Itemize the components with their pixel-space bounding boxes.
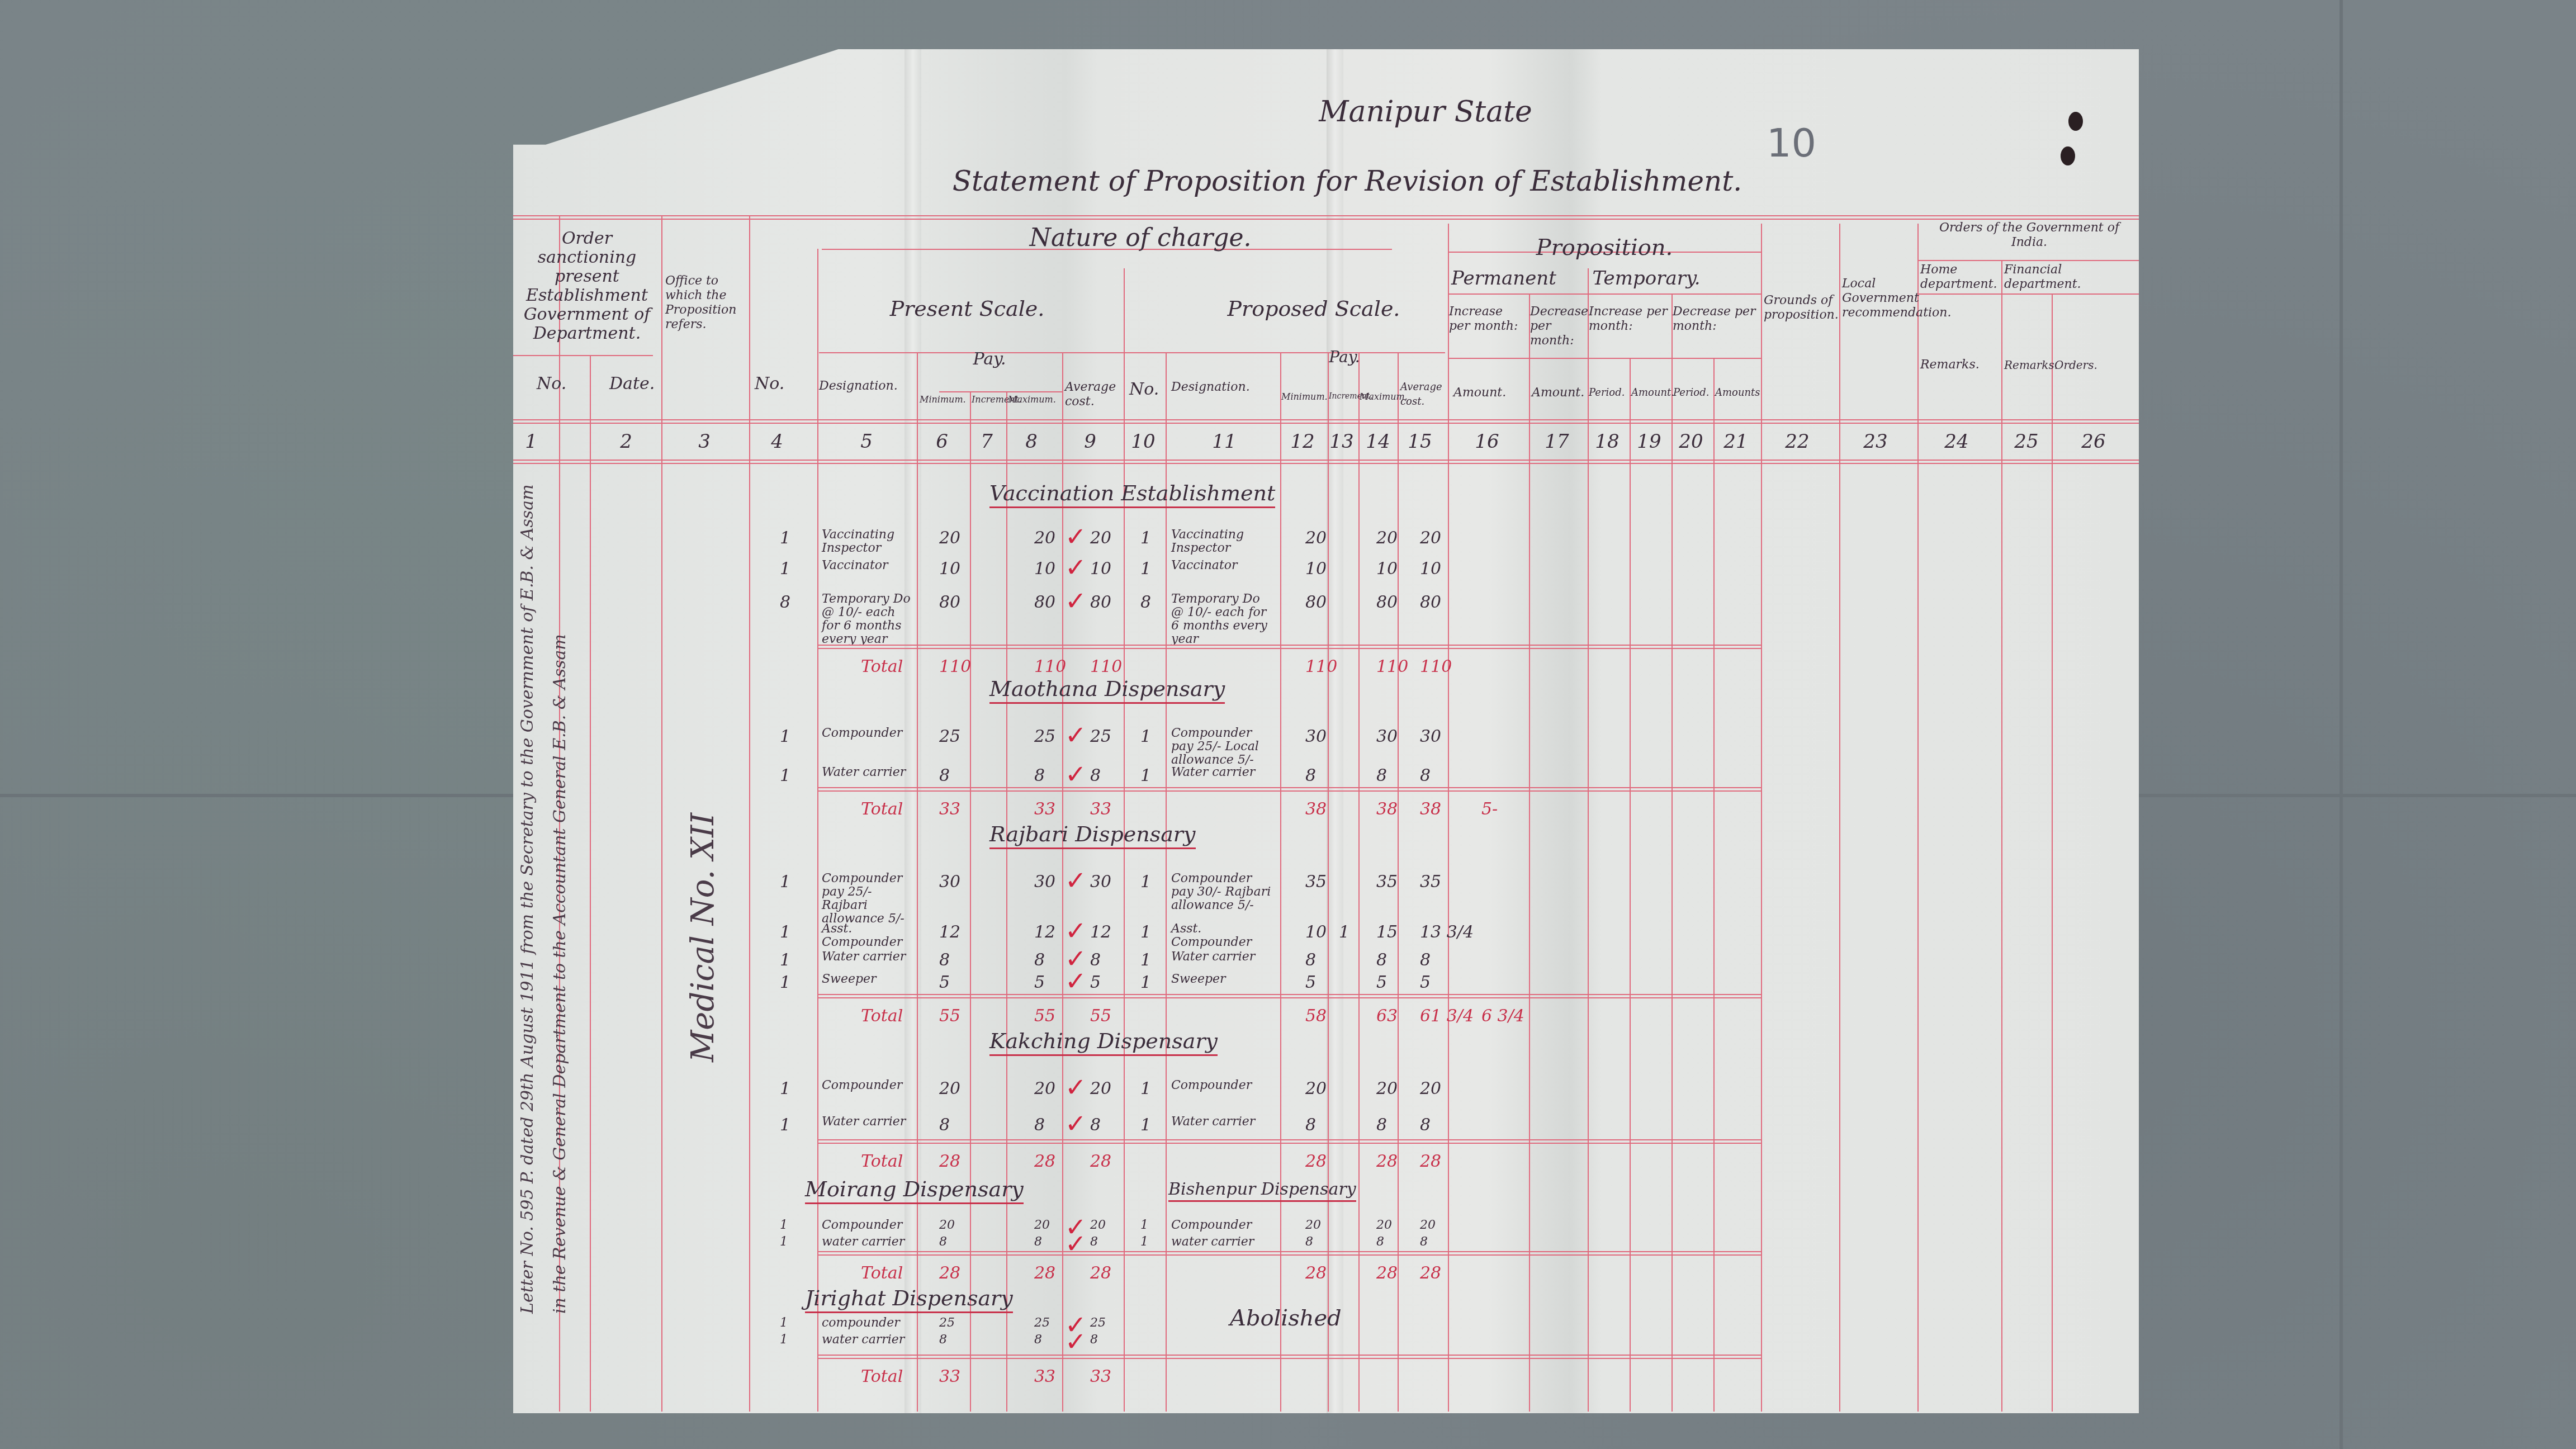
- entry-count: 1: [780, 528, 790, 548]
- entry-average-cost: 12: [1090, 922, 1111, 942]
- total-average-cost: 33: [1090, 799, 1111, 819]
- proposed-designation: water carrier: [1171, 1235, 1272, 1249]
- rule-order-sub: [513, 355, 653, 356]
- total-label: Total: [861, 657, 903, 676]
- proposed-minimum: 20: [1305, 1079, 1327, 1098]
- col-rule: [661, 215, 662, 1412]
- rule-header-bottom: [513, 419, 2139, 424]
- column-number-1: 1: [525, 430, 537, 453]
- entry-count: 1: [780, 1317, 788, 1330]
- proposed-average-cost: 35: [1420, 872, 1441, 892]
- col-rule: [970, 391, 971, 1412]
- col-label-minimum: Minimum.: [920, 394, 970, 405]
- total-average-cost: 28: [1090, 1263, 1111, 1283]
- proposed-designation: Water carrier: [1171, 766, 1272, 779]
- section-heading: Kakching Dispensary: [989, 1029, 1218, 1056]
- section-heading: Rajbari Dispensary: [989, 822, 1196, 849]
- col-label-designation-2: Designation.: [1171, 380, 1250, 395]
- proposed-designation: Compounder pay 25/- Local allowance 5/-: [1171, 727, 1272, 767]
- rule-colnums-bottom: [513, 460, 2139, 464]
- entry-maximum: 8: [1034, 1333, 1042, 1347]
- section-heading: Maothana Dispensary: [989, 676, 1225, 704]
- total-label: Total: [861, 1152, 903, 1171]
- total-increase-per-month: 5-: [1481, 799, 1498, 819]
- col-rule: [590, 355, 591, 1412]
- total-label: Total: [861, 1367, 903, 1386]
- total-minimum: 28: [939, 1263, 960, 1283]
- proposed-designation: Asst. Compounder: [1171, 922, 1272, 949]
- total-proposed-maximum: 38: [1376, 799, 1398, 819]
- header-proposed-pay: Pay.: [1329, 348, 1360, 366]
- column-number-24: 24: [1944, 430, 1968, 453]
- total-proposed-average-cost: 28: [1420, 1263, 1441, 1283]
- header-present-pay: Pay.: [973, 349, 1006, 369]
- col-label-period-20: Period.: [1673, 386, 1709, 400]
- entry-average-cost: 8: [1090, 1115, 1101, 1135]
- header-permanent: Permanent: [1451, 267, 1556, 290]
- entry-count: 1: [780, 950, 790, 970]
- proposed-count: 1: [1140, 528, 1151, 548]
- total-maximum: 55: [1034, 1006, 1055, 1026]
- entry-designation: Compounder: [822, 1079, 914, 1092]
- entry-maximum: 25: [1034, 727, 1055, 746]
- header-proposed-scale: Proposed Scale.: [1228, 296, 1400, 321]
- entry-minimum: 5: [939, 973, 950, 992]
- rule-depts: [1917, 293, 2139, 295]
- proposed-count: 1: [1140, 973, 1151, 992]
- total-proposed-minimum: 58: [1305, 1006, 1327, 1026]
- total-proposed-maximum: 28: [1376, 1263, 1398, 1283]
- header-present-scale: Present Scale.: [890, 296, 1045, 321]
- punch-hole: [2061, 146, 2075, 165]
- header-proposition: Proposition.: [1536, 235, 1673, 261]
- proposed-minimum: 8: [1305, 766, 1316, 785]
- document-title: Statement of Proposition for Revision of…: [953, 165, 1742, 197]
- entry-maximum: 8: [1034, 766, 1045, 785]
- entry-minimum: 10: [939, 559, 960, 579]
- proposed-minimum: 35: [1305, 872, 1327, 892]
- column-number-21: 21: [1723, 430, 1748, 453]
- entry-designation: Sweeper: [822, 973, 914, 986]
- entry-count: 1: [780, 559, 790, 579]
- column-number-19: 19: [1637, 430, 1661, 453]
- proposed-maximum: 30: [1376, 727, 1398, 746]
- column-number-14: 14: [1366, 430, 1390, 453]
- proposed-count: 1: [1140, 766, 1151, 785]
- entry-count: 1: [780, 872, 790, 892]
- tile-grout: [2340, 0, 2343, 1449]
- proposed-designation: Vaccinating Inspector: [1171, 528, 1272, 555]
- proposed-designation: Temporary Do @ 10/- each for 6 months ev…: [1171, 593, 1272, 646]
- entry-maximum: 8: [1034, 1115, 1045, 1135]
- total-maximum: 28: [1034, 1152, 1055, 1171]
- col-rule: [1917, 224, 1919, 1412]
- column-number-6: 6: [936, 430, 948, 453]
- entry-count: 8: [780, 593, 790, 612]
- rule-orders: [1917, 260, 2139, 261]
- paper-fold: [1327, 49, 1343, 1413]
- proposed-average-cost: 10: [1420, 559, 1441, 579]
- column-number-8: 8: [1025, 430, 1038, 453]
- proposed-average-cost: 20: [1420, 1219, 1436, 1232]
- total-minimum: 28: [939, 1152, 960, 1171]
- header-financial-dept: Financial department.: [2004, 263, 2135, 292]
- proposed-count: 1: [1140, 1115, 1151, 1135]
- header-home-dept: Home department.: [1920, 263, 1999, 292]
- entry-designation: Temporary Do @ 10/- each for 6 months ev…: [822, 593, 914, 646]
- total-minimum: 110: [939, 657, 971, 676]
- header-perm-increase: Increase per month:: [1449, 305, 1527, 334]
- column-number-10: 10: [1131, 430, 1155, 453]
- total-average-cost: 28: [1090, 1152, 1111, 1171]
- entry-average-cost: 20: [1090, 1219, 1106, 1232]
- column-number-7: 7: [981, 430, 993, 453]
- proposed-minimum: 5: [1305, 973, 1316, 992]
- entry-minimum: 20: [939, 1219, 955, 1232]
- proposed-designation: Compounder: [1171, 1219, 1272, 1232]
- col-label-maximum-2: Maximum.: [1360, 391, 1396, 402]
- column-number-12: 12: [1290, 430, 1314, 453]
- total-average-cost: 33: [1090, 1367, 1111, 1386]
- proposed-maximum: 20: [1376, 1219, 1392, 1232]
- total-proposed-minimum: 38: [1305, 799, 1327, 819]
- tile-grout: [2139, 794, 2576, 797]
- proposed-count: 1: [1140, 872, 1151, 892]
- entry-minimum: 20: [939, 1079, 960, 1098]
- col-label-maximum: Maximum.: [1008, 394, 1061, 405]
- col-rule: [749, 215, 750, 1412]
- col-rule: [2001, 260, 2002, 1412]
- col-label-minimum-2: Minimum.: [1281, 391, 1326, 402]
- entry-count: 1: [780, 727, 790, 746]
- col-label-amounts-21: Amounts: [1715, 386, 1760, 400]
- proposed-count: 1: [1140, 1079, 1151, 1098]
- proposed-designation: Water carrier: [1171, 1115, 1272, 1129]
- column-number-9: 9: [1084, 430, 1096, 453]
- state-title: Manipur State: [1319, 95, 1532, 129]
- order-reference-note: Letter No. 595 P. dated 29th August 1911…: [512, 475, 576, 1314]
- col-rule: [1006, 391, 1007, 1412]
- page-number: 10: [1767, 120, 1816, 166]
- entry-designation: Vaccinating Inspector: [822, 528, 914, 555]
- total-maximum: 28: [1034, 1263, 1055, 1283]
- proposed-average-cost: 13 3/4: [1420, 922, 1474, 942]
- entry-designation: water carrier: [822, 1333, 914, 1347]
- proposed-designation: Sweeper: [1171, 973, 1272, 986]
- total-proposed-maximum: 28: [1376, 1152, 1398, 1171]
- col-label-remarks-25: Remarks.: [2004, 358, 2058, 372]
- entry-minimum: 8: [939, 1235, 947, 1249]
- proposed-average-cost: 20: [1420, 528, 1441, 548]
- entry-minimum: 12: [939, 922, 960, 942]
- entry-count: 1: [780, 1079, 790, 1098]
- total-maximum: 33: [1034, 799, 1055, 819]
- total-proposed-maximum: 63: [1376, 1006, 1398, 1026]
- proposed-maximum: 15: [1376, 922, 1398, 942]
- total-proposed-maximum: 110: [1376, 657, 1408, 676]
- column-number-2: 2: [620, 430, 632, 453]
- entry-maximum: 12: [1034, 922, 1055, 942]
- entry-designation: Compounder: [822, 1219, 914, 1232]
- proposed-average-cost: 30: [1420, 727, 1441, 746]
- proposed-minimum: 10: [1305, 559, 1327, 579]
- entry-minimum: 30: [939, 872, 960, 892]
- col-label-no-2: No.: [755, 375, 784, 394]
- col-label-remarks-24: Remarks.: [1920, 358, 1980, 372]
- column-number-22: 22: [1785, 430, 1809, 453]
- entry-maximum: 20: [1034, 528, 1055, 548]
- proposed-count: 1: [1140, 727, 1151, 746]
- col-label-orders-26: Orders.: [2054, 358, 2097, 372]
- entry-average-cost: 8: [1090, 950, 1101, 970]
- proposed-count: 1: [1140, 950, 1151, 970]
- proposed-minimum: 30: [1305, 727, 1327, 746]
- entry-minimum: 80: [939, 593, 960, 612]
- entry-average-cost: 8: [1090, 1235, 1098, 1249]
- entry-minimum: 25: [939, 727, 960, 746]
- col-label-increment: Increment.: [972, 394, 1005, 405]
- entry-designation: Vaccinator: [822, 559, 914, 572]
- entry-maximum: 10: [1034, 559, 1055, 579]
- col-label-no: No.: [537, 375, 566, 394]
- proposed-maximum: 5: [1376, 973, 1387, 992]
- total-proposed-minimum: 110: [1305, 657, 1337, 676]
- proposed-designation: Compounder pay 30/- Rajbari allowance 5/…: [1171, 872, 1272, 912]
- check-mark-icon: ✓: [1065, 522, 1087, 552]
- proposed-maximum: 8: [1376, 950, 1387, 970]
- col-rule: [1839, 224, 1840, 1412]
- entry-count: 1: [780, 973, 790, 992]
- entry-designation: compounder: [822, 1317, 914, 1330]
- entry-count: 1: [780, 922, 790, 942]
- total-proposed-average-cost: 38: [1420, 799, 1441, 819]
- proposed-maximum: 35: [1376, 872, 1398, 892]
- proposed-average-cost: 8: [1420, 1115, 1431, 1135]
- header-temp-increase: Increase per month:: [1589, 305, 1670, 334]
- proposed-maximum: 8: [1376, 766, 1387, 785]
- entry-designation: Compounder: [822, 727, 914, 740]
- entry-minimum: 8: [939, 766, 950, 785]
- entry-average-cost: 25: [1090, 1317, 1106, 1330]
- column-number-15: 15: [1408, 430, 1432, 453]
- header-perm-decrease: Decrease per month:: [1530, 305, 1586, 348]
- header-orders-goi: Orders of the Government of India.: [1920, 221, 2138, 250]
- total-rule: [817, 787, 1761, 792]
- entry-minimum: 25: [939, 1317, 955, 1330]
- header-temp-decrease: Decrease per month:: [1673, 305, 1756, 334]
- entry-average-cost: 25: [1090, 727, 1111, 746]
- total-proposed-minimum: 28: [1305, 1152, 1327, 1171]
- entry-minimum: 20: [939, 528, 960, 548]
- check-mark-icon: ✓: [1065, 720, 1087, 750]
- entry-average-cost: 30: [1090, 872, 1111, 892]
- proposed-maximum: 80: [1376, 593, 1398, 612]
- proposed-minimum: 8: [1305, 1115, 1316, 1135]
- total-rule: [817, 1355, 1761, 1359]
- proposed-minimum: 8: [1305, 1235, 1313, 1249]
- rule-perm-temp: [1448, 293, 1761, 295]
- tile-grout: [0, 794, 513, 797]
- check-mark-icon: ✓: [1065, 966, 1087, 996]
- check-mark-icon: ✓: [1065, 552, 1087, 583]
- entry-designation: Compounder pay 25/- Rajbari allowance 5/…: [822, 872, 914, 926]
- proposed-maximum: 8: [1376, 1115, 1387, 1135]
- proposed-maximum: 20: [1376, 528, 1398, 548]
- entry-average-cost: 5: [1090, 973, 1101, 992]
- total-rule: [817, 1139, 1761, 1144]
- check-mark-icon: ✓: [1065, 1072, 1087, 1102]
- header-order-group: Order sanctioning present Establishment …: [517, 229, 657, 343]
- header-nature-of-charge: Nature of charge.: [1029, 224, 1251, 252]
- proposed-designation: Vaccinator: [1171, 559, 1272, 572]
- col-label-average-cost: Average cost.: [1065, 380, 1121, 409]
- column-number-3: 3: [698, 430, 711, 453]
- check-mark-icon: ✓: [1065, 916, 1087, 946]
- entry-maximum: 8: [1034, 1235, 1042, 1249]
- proposed-minimum: 80: [1305, 593, 1327, 612]
- entry-count: 1: [780, 1219, 788, 1232]
- total-rule: [817, 994, 1761, 998]
- total-maximum: 33: [1034, 1367, 1055, 1386]
- check-mark-icon: ✓: [1065, 759, 1087, 789]
- entry-average-cost: 10: [1090, 559, 1111, 579]
- proposed-minimum: 20: [1305, 1219, 1321, 1232]
- column-number-23: 23: [1863, 430, 1887, 453]
- col-rule: [1761, 224, 1762, 1412]
- entry-count: 1: [780, 1115, 790, 1135]
- column-number-5: 5: [860, 430, 873, 453]
- column-number-20: 20: [1679, 430, 1703, 453]
- entry-count: 1: [780, 766, 790, 785]
- col-label-amount-17: Amount.: [1532, 386, 1584, 400]
- entry-average-cost: 80: [1090, 593, 1111, 612]
- proposed-average-cost: 20: [1420, 1079, 1441, 1098]
- total-proposed-minimum: 28: [1305, 1263, 1327, 1283]
- entry-designation: Asst. Compounder: [822, 922, 914, 949]
- entry-count: 1: [780, 1235, 788, 1249]
- col-rule: [1448, 224, 1449, 1412]
- check-mark-icon: ✓: [1065, 586, 1087, 616]
- proposed-average-cost: 5: [1420, 973, 1431, 992]
- col-label-designation: Designation.: [819, 379, 898, 394]
- proposed-maximum: 20: [1376, 1079, 1398, 1098]
- entry-minimum: 8: [939, 950, 950, 970]
- entry-designation: water carrier: [822, 1235, 914, 1249]
- col-label-average-cost-2: Average cost.: [1400, 380, 1448, 409]
- proposed-designation: Compounder: [1171, 1079, 1272, 1092]
- entry-maximum: 20: [1034, 1079, 1055, 1098]
- entry-maximum: 8: [1034, 950, 1045, 970]
- proposed-maximum: 8: [1376, 1235, 1384, 1249]
- col-rule: [1588, 268, 1589, 1412]
- header-temporary: Temporary.: [1593, 267, 1701, 290]
- abolished-note: Abolished: [1230, 1305, 1342, 1331]
- entry-designation: Water carrier: [822, 950, 914, 964]
- column-number-11: 11: [1212, 430, 1236, 453]
- entry-maximum: 5: [1034, 973, 1045, 992]
- total-rule: [817, 645, 1761, 649]
- entry-average-cost: 8: [1090, 766, 1101, 785]
- total-proposed-average-cost: 110: [1420, 657, 1452, 676]
- rule-pay-sub: [939, 391, 1062, 392]
- col-label-period-18: Period.: [1589, 386, 1625, 400]
- total-label: Total: [861, 1006, 903, 1026]
- proposed-minimum: 20: [1305, 528, 1327, 548]
- section-heading: Moirang Dispensary: [805, 1177, 1024, 1204]
- proposed-average-cost: 8: [1420, 1235, 1428, 1249]
- proposed-maximum: 10: [1376, 559, 1398, 579]
- total-proposed-average-cost: 28: [1420, 1152, 1441, 1171]
- section-heading: Vaccination Establishment: [989, 481, 1275, 508]
- total-proposed-average-cost: 61 3/4: [1420, 1006, 1474, 1026]
- total-rule: [817, 1251, 1761, 1256]
- entry-minimum: 8: [939, 1333, 947, 1347]
- total-minimum: 33: [939, 799, 960, 819]
- col-rule: [1529, 293, 1530, 1412]
- header-local-govt: Local Government recommendation.: [1842, 277, 1915, 320]
- entry-count: 1: [780, 1333, 788, 1347]
- col-rule: [1671, 293, 1673, 1412]
- entry-maximum: 80: [1034, 593, 1055, 612]
- entry-average-cost: 8: [1090, 1333, 1098, 1347]
- check-mark-icon: ✓: [1065, 865, 1087, 896]
- entry-average-cost: 20: [1090, 528, 1111, 548]
- total-average-cost: 55: [1090, 1006, 1111, 1026]
- total-maximum: 110: [1034, 657, 1066, 676]
- total-minimum: 33: [939, 1367, 960, 1386]
- proposed-increment: 1: [1339, 922, 1349, 942]
- check-mark-icon: ✓: [1065, 1109, 1087, 1139]
- column-number-18: 18: [1595, 430, 1619, 453]
- office-note-medical: Medical No. XII: [685, 813, 721, 1062]
- total-label: Total: [861, 1263, 903, 1283]
- column-number-25: 25: [2014, 430, 2038, 453]
- entry-designation: Water carrier: [822, 766, 914, 779]
- column-number-26: 26: [2081, 430, 2105, 453]
- col-label-amount-19: Amount.: [1631, 386, 1674, 400]
- col-rule: [817, 249, 818, 1412]
- total-minimum: 55: [939, 1006, 960, 1026]
- entry-average-cost: 20: [1090, 1079, 1111, 1098]
- header-grounds: Grounds of proposition.: [1764, 293, 1836, 323]
- header-office: Office to which the Proposition refers.: [665, 274, 749, 332]
- proposed-count: 8: [1140, 593, 1151, 612]
- column-number-17: 17: [1545, 430, 1569, 453]
- proposed-count: 1: [1140, 1219, 1148, 1232]
- entry-designation: Water carrier: [822, 1115, 914, 1129]
- proposed-count: 1: [1140, 559, 1151, 579]
- proposed-section-heading: Bishenpur Dispensary: [1168, 1180, 1356, 1202]
- column-number-4: 4: [771, 430, 783, 453]
- proposed-designation: Water carrier: [1171, 950, 1272, 964]
- col-rule: [2052, 293, 2053, 1412]
- rule-top: [513, 215, 2139, 220]
- proposed-average-cost: 8: [1420, 766, 1431, 785]
- proposed-minimum: 10: [1305, 922, 1327, 942]
- column-number-13: 13: [1329, 430, 1353, 453]
- entry-maximum: 20: [1034, 1219, 1050, 1232]
- proposed-average-cost: 8: [1420, 950, 1431, 970]
- punch-hole: [2068, 112, 2083, 131]
- col-label-no-3: No.: [1129, 380, 1159, 399]
- col-label-increment-2: Increment.: [1329, 391, 1358, 401]
- col-label-amount-16: Amount.: [1453, 386, 1506, 400]
- entry-maximum: 25: [1034, 1317, 1050, 1330]
- entry-maximum: 30: [1034, 872, 1055, 892]
- total-average-cost: 110: [1090, 657, 1122, 676]
- column-number-16: 16: [1475, 430, 1499, 453]
- col-label-date: Date.: [609, 375, 655, 394]
